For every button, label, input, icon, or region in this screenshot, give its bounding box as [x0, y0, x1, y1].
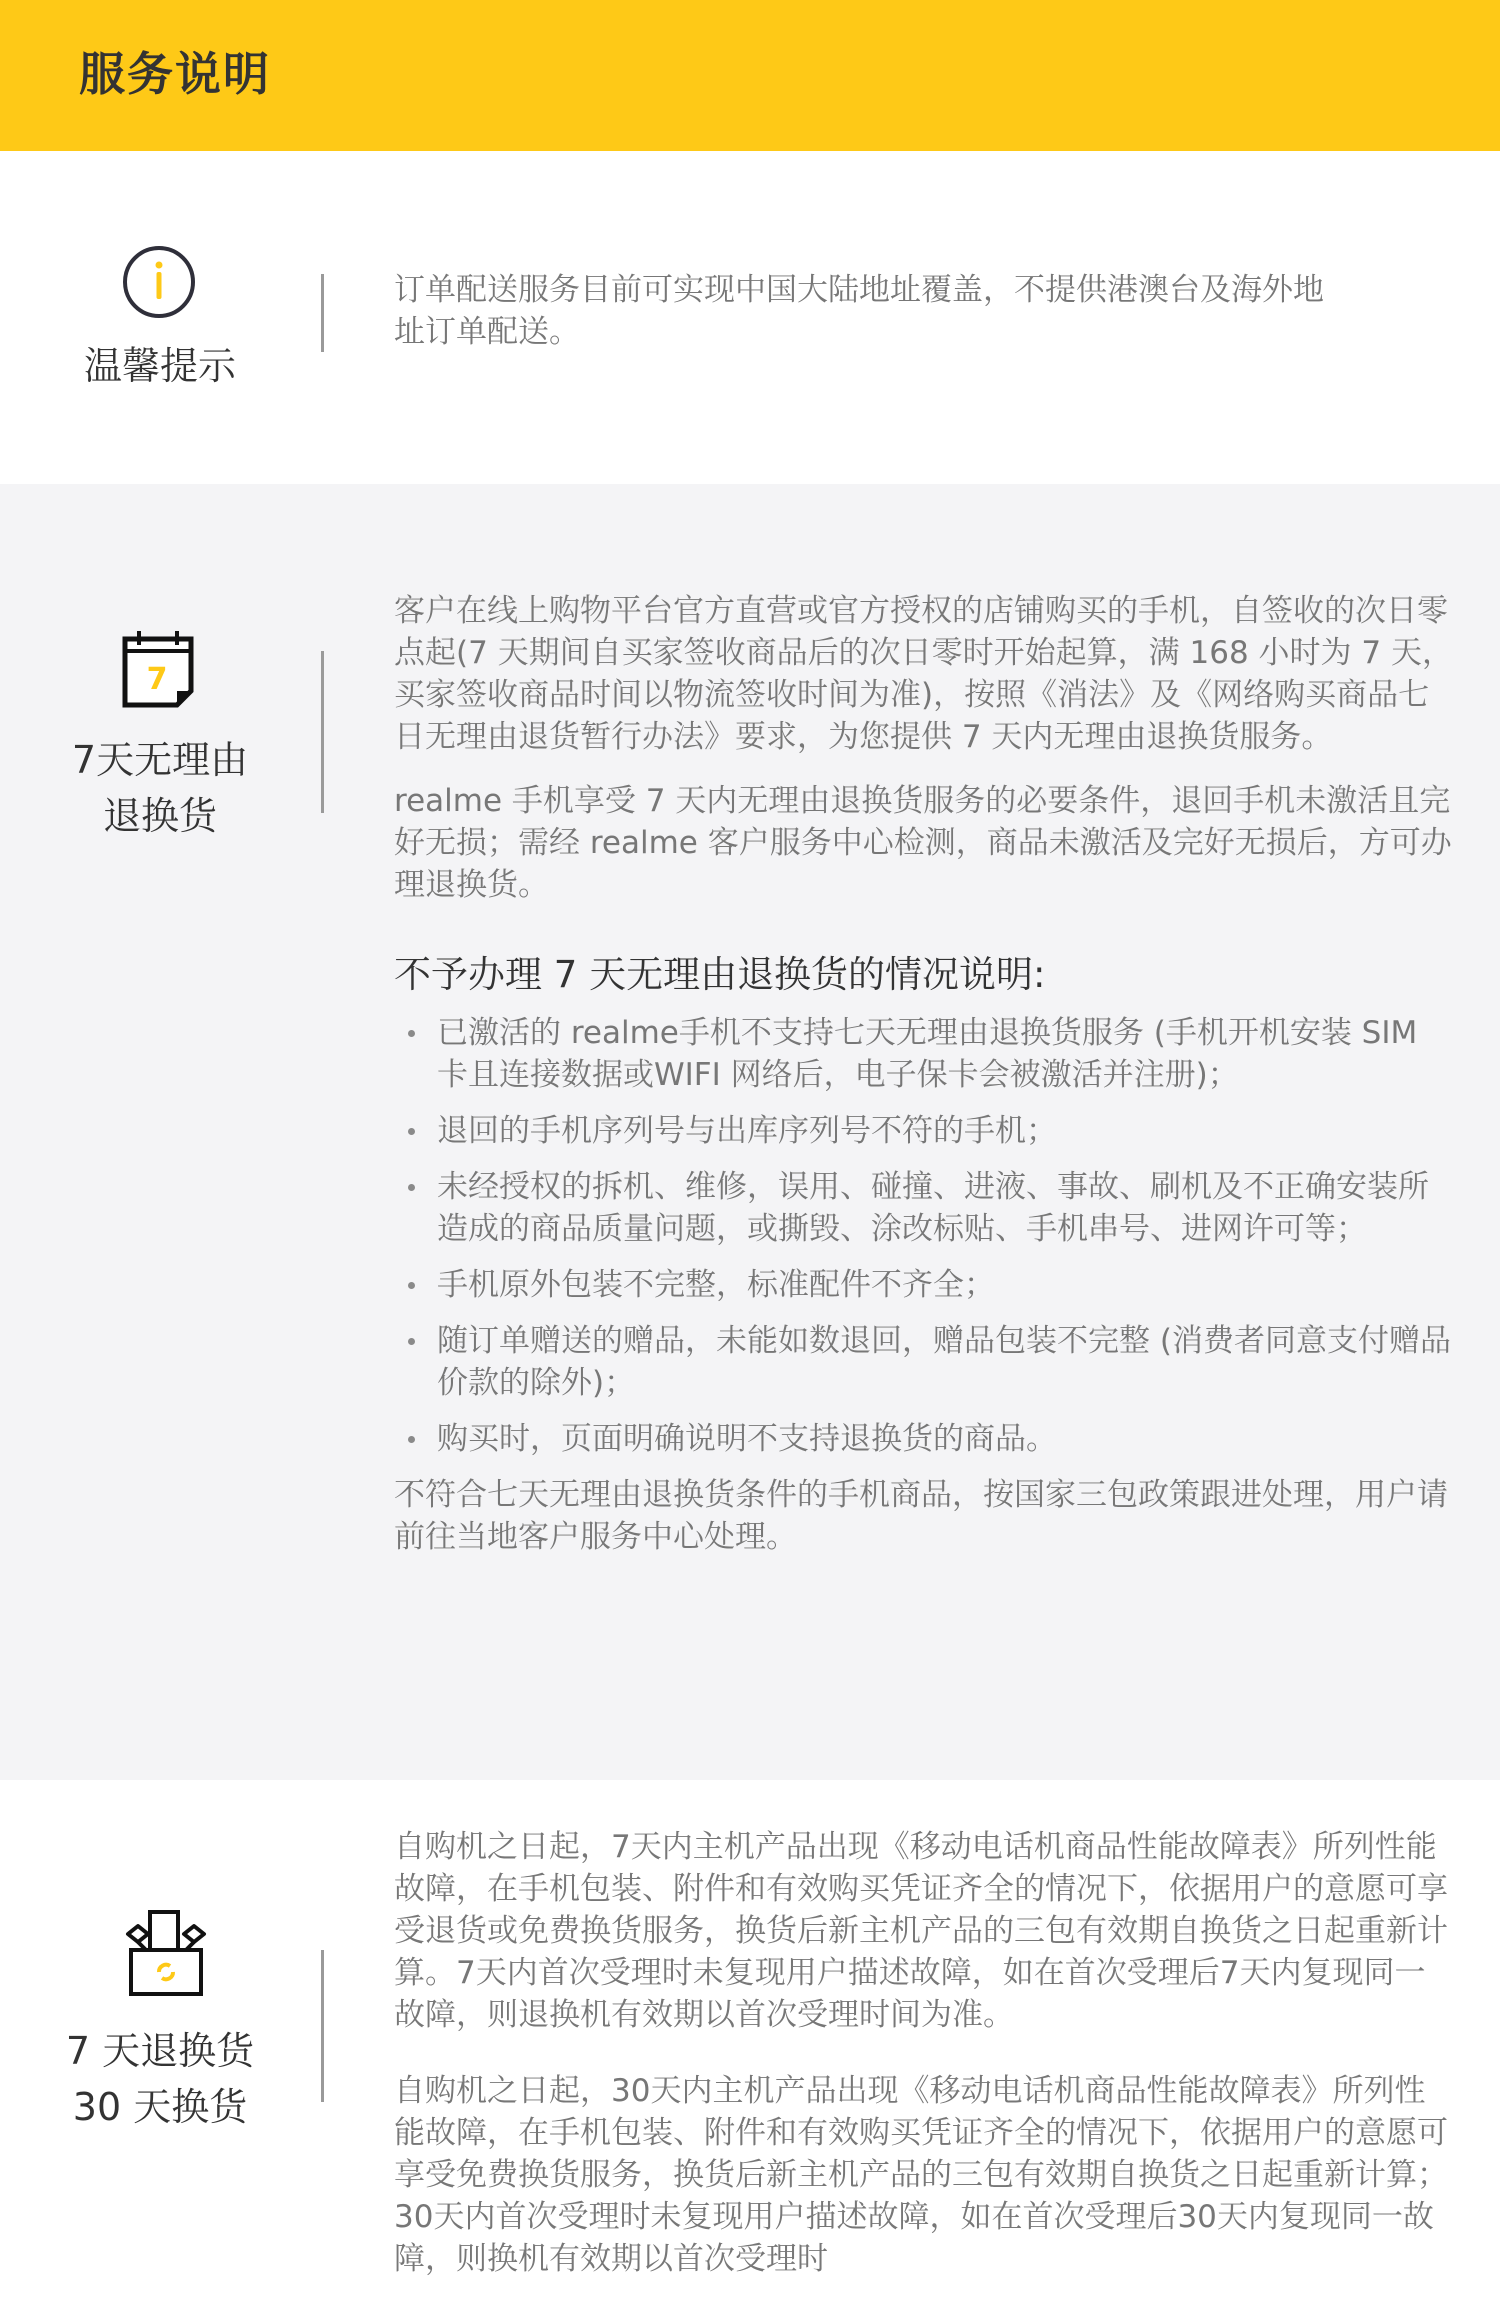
bullet-icon	[408, 1030, 415, 1037]
notice-paragraph: 订单配送服务目前可实现中国大陆地址覆盖，不提供港澳台及海外地址订单配送。	[394, 269, 1334, 353]
open-box-exchange-icon	[118, 1908, 214, 1998]
page-header: 服务说明	[0, 0, 1500, 151]
page-title: 服务说明	[79, 44, 271, 104]
section-7day-return: 7 7天无理由 退换货 客户在线上购物平台官方直营或官方授权的店铺购买的手机，自…	[0, 484, 1500, 1780]
condition-paragraph: realme 手机享受 7 天内无理由退换货服务的必要条件，退回手机未激活且完好…	[394, 780, 1454, 906]
section-7day-30day-exchange: 7 天退换货 30 天换货 自购机之日起，7天内主机产品出现《移动电话机商品性能…	[0, 1780, 1500, 2322]
section-content-7day: 客户在线上购物平台官方直营或官方授权的店铺购买的手机，自签收的次日零点起(7 天…	[394, 590, 1454, 1558]
section-notice: 温馨提示 订单配送服务目前可实现中国大陆地址覆盖，不提供港澳台及海外地址订单配送…	[0, 151, 1500, 484]
bullet-icon	[408, 1436, 415, 1443]
exclusion-item: 未经授权的拆机、维修，误用、碰撞、进液、事故、刷机及不正确安装所造成的商品质量问…	[394, 1166, 1454, 1250]
thirty-day-paragraph: 自购机之日起，30天内主机产品出现《移动电话机商品性能故障表》所列性能故障，在手…	[394, 2070, 1454, 2280]
section-label-7-30: 7 天退换货 30 天换货	[0, 2023, 320, 2135]
calendar-7-icon: 7	[121, 629, 195, 709]
section-label-7day: 7天无理由 退换货	[0, 732, 320, 844]
info-circle-icon	[121, 244, 197, 320]
bullet-icon	[408, 1128, 415, 1135]
bullet-icon	[408, 1338, 415, 1345]
section-divider	[321, 274, 324, 352]
exclusion-item: 随订单赠送的赠品，未能如数退回，赠品包装不完整 (消费者同意支付赠品价款的除外)…	[394, 1320, 1454, 1404]
closing-paragraph: 不符合七天无理由退换货条件的手机商品，按国家三包政策跟进处理，用户请前往当地客户…	[394, 1474, 1454, 1558]
bullet-icon	[408, 1282, 415, 1289]
exclusions-list: 已激活的 realme手机不支持七天无理由退换货服务 (手机开机安装 SIM 卡…	[394, 1012, 1454, 1460]
exclusions-heading: 不予办理 7 天无理由退换货的情况说明:	[394, 950, 1454, 1000]
section-divider	[321, 1950, 324, 2102]
exclusion-item: 购买时，页面明确说明不支持退换货的商品。	[394, 1418, 1454, 1460]
section-content-7-30: 自购机之日起，7天内主机产品出现《移动电话机商品性能故障表》所列性能故障，在手机…	[394, 1826, 1454, 2280]
policy-paragraph: 客户在线上购物平台官方直营或官方授权的店铺购买的手机，自签收的次日零点起(7 天…	[394, 590, 1454, 758]
bullet-icon	[408, 1184, 415, 1191]
section-label-notice: 温馨提示	[0, 338, 320, 394]
exclusion-item: 手机原外包装不完整，标准配件不齐全；	[394, 1264, 1454, 1306]
seven-day-paragraph: 自购机之日起，7天内主机产品出现《移动电话机商品性能故障表》所列性能故障，在手机…	[394, 1826, 1454, 2036]
section-content-notice: 订单配送服务目前可实现中国大陆地址覆盖，不提供港澳台及海外地址订单配送。	[394, 269, 1454, 353]
svg-text:7: 7	[147, 662, 168, 697]
section-divider	[321, 651, 324, 813]
exclusion-item: 退回的手机序列号与出库序列号不符的手机；	[394, 1110, 1454, 1152]
exclusion-item: 已激活的 realme手机不支持七天无理由退换货服务 (手机开机安装 SIM 卡…	[394, 1012, 1454, 1096]
